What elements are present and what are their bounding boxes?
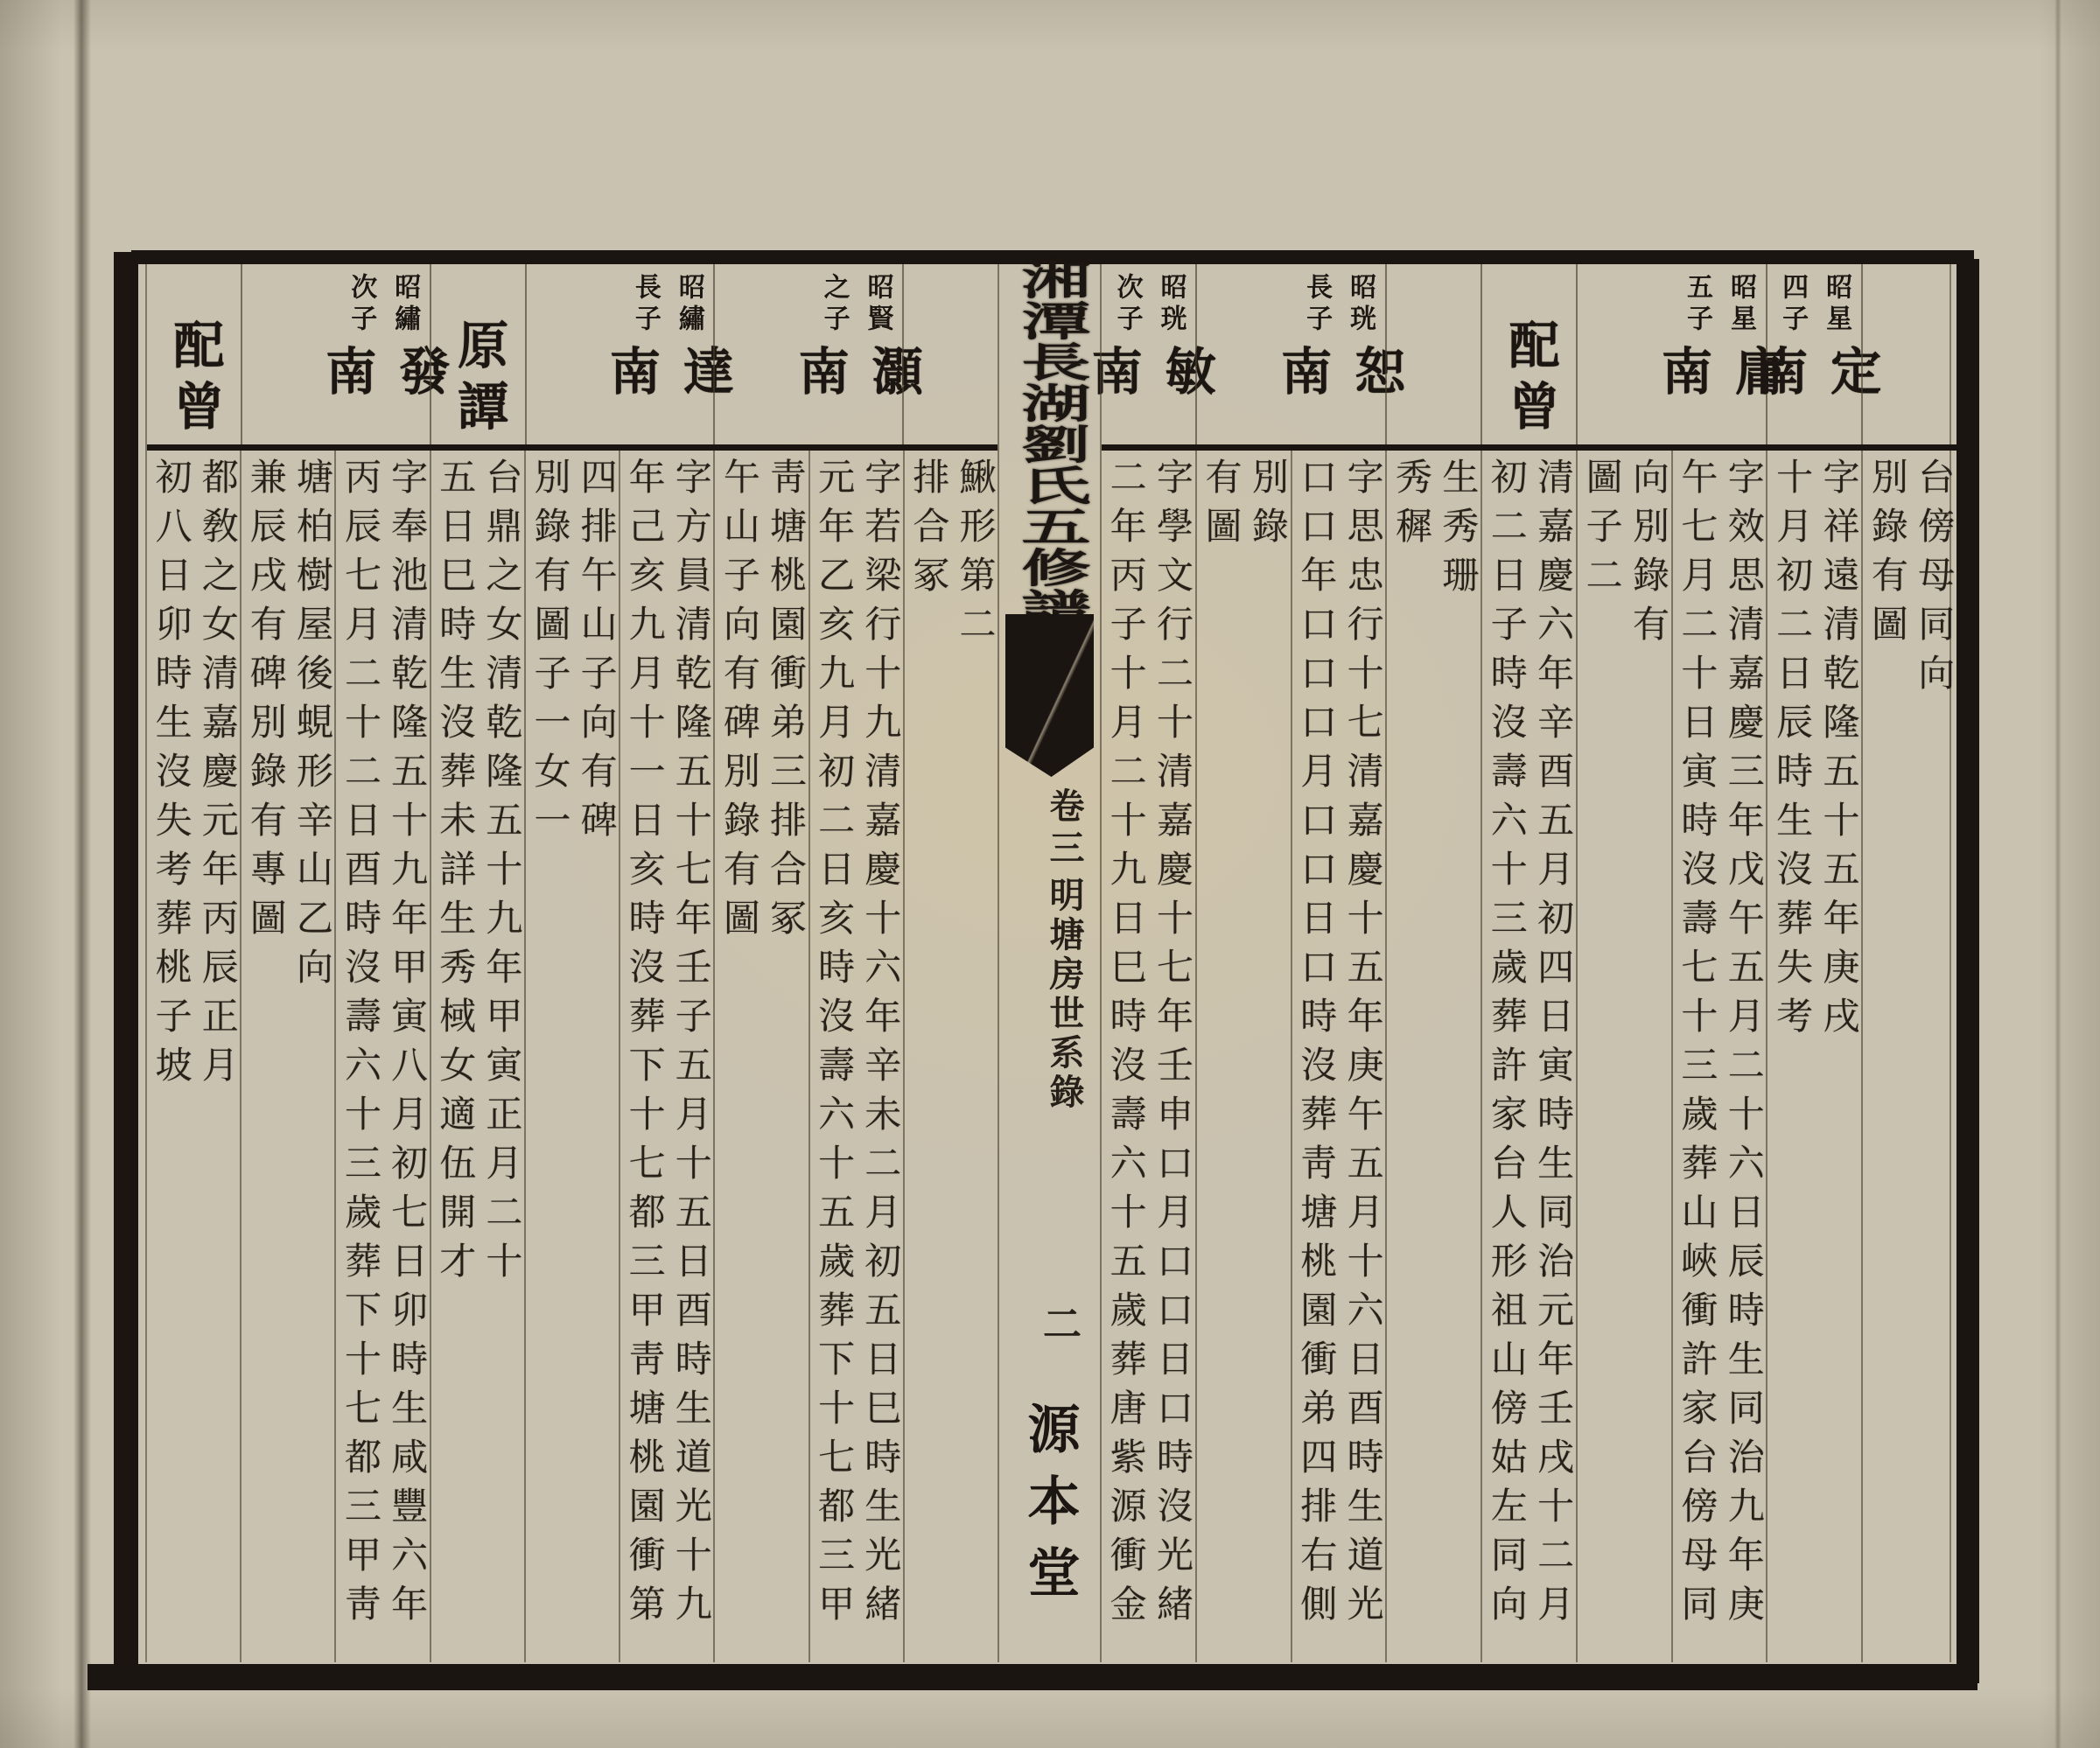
children-column: 生秀珊 — [1434, 458, 1480, 1662]
spouse-name: 配曾 — [157, 318, 230, 441]
entry-columns: 字若梁行十九清嘉慶十六年辛未二月初五日巳時生光緒 元年乙亥九月初二日亥時沒壽六十… — [808, 451, 903, 1662]
biography-column: 台鼎之女清乾隆五十九年甲寅正月二十 — [478, 458, 523, 1662]
birth-order: 五子 — [1677, 273, 1716, 336]
father-name: 昭繡 — [669, 273, 708, 336]
header-cell-empty — [1861, 264, 1956, 444]
header-cell-dingnan: 昭星 四子 定南 — [1766, 264, 1861, 444]
frame-border-bottom — [87, 1664, 1977, 1690]
biography-column: 塘柏樹屋後蜆形辛山乙向 — [289, 458, 334, 1662]
header-cell-spouse-tan: 原譚 — [430, 264, 525, 444]
lineage-note: 昭賢 之子 — [815, 273, 897, 336]
biography-column: 別錄有圖子一女一 — [526, 458, 571, 1662]
biography-column: 鰍形第二 — [951, 458, 997, 1662]
lineage-note: 昭珖 長子 — [1297, 273, 1379, 336]
biography-column: 字效思清嘉慶三年戊午五月二十六日辰時生同治九年庚 — [1720, 458, 1766, 1662]
entry-columns: 字方員清乾隆五十七年壬子五月十五日酉時生道光十九 年己亥九月十一日亥時沒葬下十七… — [619, 451, 713, 1662]
children-column: 秀穉 — [1388, 458, 1433, 1662]
entry-columns: 台鼎之女清乾隆五十九年甲寅正月二十 五日巳時生沒葬未詳生秀棫女適伍開才 — [430, 451, 524, 1662]
right-page: 昭星 四子 定南 昭星 五子 庸南 配曾 昭珖 — [1102, 264, 1956, 1662]
entry-columns: 都敎之女清嘉慶元年丙辰正月 初八日卯時生沒失考葬桃子坡 — [147, 451, 240, 1662]
entry-columns: 台傍母同向 別錄有圖 — [1861, 451, 1956, 1662]
biography-column: 靑塘桃園衝弟三排合冢 — [762, 458, 808, 1662]
header-cell-minnan: 昭珖 次子 敏南 — [1102, 264, 1195, 444]
biography-column: 兼辰戌有碑別錄有專圖 — [242, 458, 288, 1662]
biography-column: 別錄 — [1244, 458, 1290, 1662]
biography-column: 初八日卯時生沒失考葬桃子坡 — [148, 458, 193, 1662]
biography-column: 年己亥九月十一日亥時沒葬下十七都三甲靑塘桃園衝第 — [621, 458, 667, 1662]
father-name: 昭繡 — [385, 273, 423, 336]
biography-column: 排合冢 — [905, 458, 950, 1662]
biography-column: 午山子向有碑別錄有圖 — [716, 458, 761, 1662]
biography-column: 五日巳時生沒葬未詳生秀棫女適伍開才 — [431, 458, 477, 1662]
header-cell-yongnan: 昭星 五子 庸南 — [1576, 264, 1765, 444]
biography-column: 清嘉慶六年辛酉五月初四日寅時生同治元年壬戌十二月 — [1529, 458, 1575, 1662]
header-cell-danan: 昭繡 長子 達南 — [525, 264, 714, 444]
lineage-note: 昭珖 次子 — [1108, 273, 1190, 336]
biography-column: 圖子二 — [1578, 458, 1624, 1662]
biography-column: 二年丙子十月二十九日巳時沒壽六十五歲葬唐紫源衝金 — [1102, 458, 1148, 1662]
lineage-note: 昭星 五子 — [1677, 273, 1760, 336]
entry-columns: 塘柏樹屋後蜆形辛山乙向 兼辰戌有碑別錄有專圖 — [240, 451, 334, 1662]
right-body-band: 台傍母同向 別錄有圖 字祥遠清乾隆五十五年庚戌 十月初二日辰時生沒葬失考 字效思… — [1102, 451, 1956, 1662]
biography-column: 元年乙亥九月初二日亥時沒壽六十五歲葬下十七都三甲 — [810, 458, 856, 1662]
page-number: 二 — [1030, 1304, 1086, 1342]
biography-column: 丙辰七月二十二日酉時沒壽六十三歲葬下十七都三甲靑 — [337, 458, 382, 1662]
spouse-name: 原譚 — [441, 318, 514, 441]
header-cell-empty — [902, 264, 997, 444]
father-name: 昭賢 — [858, 273, 897, 336]
entry-columns: 字學文行二十清嘉慶十七年壬申口月口口日口時沒光緒 二年丙子十月二十九日巳時沒壽六… — [1102, 451, 1195, 1662]
lineage-note: 昭繡 次子 — [341, 273, 423, 336]
birth-order: 次子 — [341, 273, 380, 336]
book-title: 湘潭長湖劉氏五修譜 — [1015, 259, 1084, 629]
lineage-note: 昭繡 長子 — [626, 273, 708, 336]
header-cell-empty — [1385, 264, 1480, 444]
biography-column: 字祥遠清乾隆五十五年庚戌 — [1816, 458, 1861, 1662]
section-label: 明塘房世系錄 — [1039, 877, 1089, 1113]
biography-column: 都敎之女清嘉慶元年丙辰正月 — [194, 458, 240, 1662]
biography-column: 別錄有圖 — [1864, 458, 1909, 1662]
entry-columns: 生秀珊 秀穉 — [1385, 451, 1480, 1662]
page-fold-shadow — [73, 0, 91, 1748]
fold-column: 湘潭長湖劉氏五修譜 卷三 明塘房世系錄 二 源本堂 — [997, 264, 1102, 1662]
left-page: 昭賢 之子 灝南 昭繡 長子 達南 原譚 昭繡 — [147, 264, 997, 1662]
left-header-band: 昭賢 之子 灝南 昭繡 長子 達南 原譚 昭繡 — [147, 264, 997, 444]
entry-columns: 字效思清嘉慶三年戊午五月二十六日辰時生同治九年庚 午七月二十日寅時沒壽七十三歲葬… — [1671, 451, 1767, 1662]
header-cell-haonan: 昭賢 之子 灝南 — [713, 264, 902, 444]
biography-column: 四排午山子向有碑 — [573, 458, 619, 1662]
entry-columns: 字祥遠清乾隆五十五年庚戌 十月初二日辰時生沒葬失考 — [1766, 451, 1861, 1662]
entry-columns: 鰍形第二 排合冢 — [903, 451, 997, 1662]
biography-column: 台傍母同向 — [1910, 458, 1956, 1662]
right-header-band: 昭星 四子 定南 昭星 五子 庸南 配曾 昭珖 — [1102, 264, 1956, 444]
spouse-name: 配曾 — [1493, 318, 1566, 441]
biography-column: 初二日子時沒壽六十三歲葬許家台人形祖山傍姑左同向 — [1483, 458, 1529, 1662]
entry-columns: 清嘉慶六年辛酉五月初四日寅時生同治元年壬戌十二月 初二日子時沒壽六十三歲葬許家台… — [1480, 451, 1576, 1662]
father-name: 昭星 — [1721, 273, 1760, 336]
birth-order: 長子 — [626, 273, 664, 336]
biography-column: 午七月二十日寅時沒壽七十三歲葬山峽衝許家台傍母同 — [1673, 458, 1718, 1662]
entry-columns: 別錄 有圖 — [1195, 451, 1291, 1662]
entry-columns: 四排午山子向有碑 別錄有圖子一女一 — [524, 451, 619, 1662]
biography-column: 字學文行二十清嘉慶十七年壬申口月口口日口時沒光緒 — [1149, 458, 1194, 1662]
header-divider-rule — [1102, 444, 1956, 451]
fishtail-ornament-icon — [1005, 614, 1094, 777]
biography-column: 十月初二日辰時生沒葬失考 — [1768, 458, 1814, 1662]
birth-order: 之子 — [815, 273, 853, 336]
left-body-band: 鰍形第二 排合冢 字若梁行十九清嘉慶十六年辛未二月初五日巳時生光緒 元年乙亥九月… — [147, 451, 997, 1662]
father-name: 昭珖 — [1340, 273, 1379, 336]
header-divider-rule — [147, 444, 997, 451]
entry-columns: 向別錄有 圖子二 — [1576, 451, 1671, 1662]
header-cell-spouse-zeng: 配曾 — [147, 264, 241, 444]
birth-order: 四子 — [1773, 273, 1811, 336]
frame-border-right — [1956, 259, 1979, 1683]
father-name: 昭珖 — [1151, 273, 1190, 336]
father-name: 昭星 — [1816, 273, 1855, 336]
publisher-hall: 源本堂 — [1012, 1402, 1088, 1617]
birth-order: 次子 — [1108, 273, 1146, 336]
biography-column: 有圖 — [1197, 458, 1242, 1662]
header-cell-shunan: 昭珖 長子 恕南 — [1195, 264, 1384, 444]
entry-columns: 字奉池清乾隆五十九年甲寅八月初七日卯時生咸豐六年 丙辰七月二十二日酉時沒壽六十三… — [334, 451, 429, 1662]
genealogy-scan: { "book": { "title": "湘潭長湖劉氏五修譜", "volum… — [0, 0, 2100, 1748]
header-cell-spouse-zeng: 配曾 — [1480, 264, 1576, 444]
biography-column: 向別錄有 — [1625, 458, 1670, 1662]
entry-columns: 靑塘桃園衝弟三排合冢 午山子向有碑別錄有圖 — [713, 451, 808, 1662]
header-cell-fanan: 昭繡 次子 發南 — [241, 264, 430, 444]
volume-label: 卷三 — [1039, 787, 1089, 871]
lineage-note: 昭星 四子 — [1773, 273, 1855, 336]
biography-column: 字方員清乾隆五十七年壬子五月十五日酉時生道光十九 — [668, 458, 713, 1662]
page-edge-shadow — [2054, 0, 2061, 1748]
biography-column: 字奉池清乾隆五十九年甲寅八月初七日卯時生咸豐六年 — [383, 458, 429, 1662]
entry-columns: 字思忠行十七清嘉慶十五年庚午五月十六日酉時生道光 口口年口口口月口口日口時沒葬靑… — [1291, 451, 1386, 1662]
biography-column: 字思忠行十七清嘉慶十五年庚午五月十六日酉時生道光 — [1340, 458, 1385, 1662]
biography-column: 字若梁行十九清嘉慶十六年辛未二月初五日巳時生光緒 — [857, 458, 902, 1662]
frame-border-left — [114, 252, 138, 1690]
biography-column: 口口年口口口月口口日口時沒葬靑塘桃園衝弟四排右側 — [1292, 458, 1338, 1662]
birth-order: 長子 — [1297, 273, 1335, 336]
